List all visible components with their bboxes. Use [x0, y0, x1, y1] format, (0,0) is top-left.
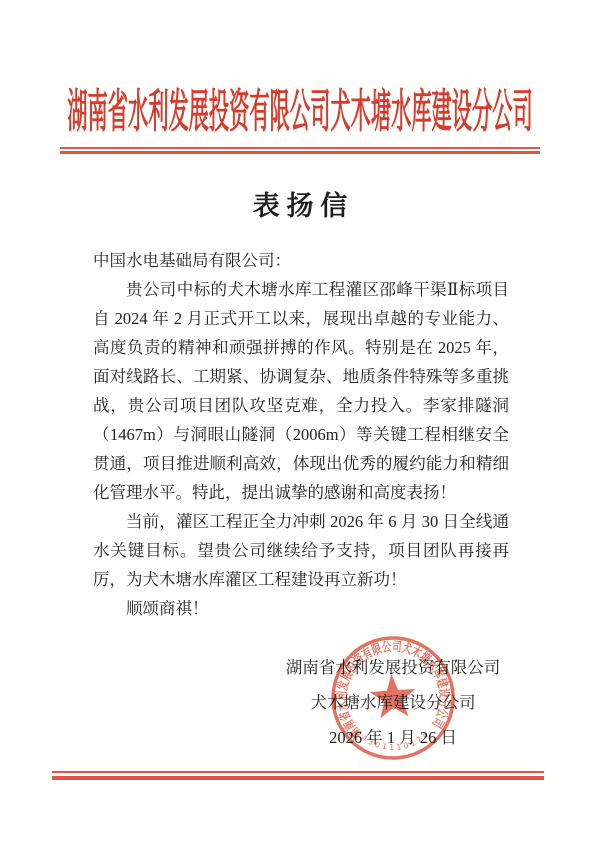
closing-phrase: 顺颂商祺！: [93, 594, 509, 623]
letterhead-title: 湖南省水利发展投资有限公司犬木塘水库建设分公司: [67, 86, 533, 138]
document-title: 表 扬 信: [0, 189, 600, 223]
signature-date: 2026 年 1 月 26 日: [193, 720, 593, 755]
letterhead-divider-thin-line: [60, 147, 540, 149]
signature-company-line1: 湖南省水利发展投资有限公司: [193, 650, 593, 685]
footer-divider-thick-line: [52, 776, 544, 780]
paragraph-2: 当前，灌区工程正全力冲刺 2026 年 6 月 30 日全线通水关键目标。望贵公…: [93, 507, 509, 594]
letter-body: 中国水电基础局有限公司： 贵公司中标的犬木塘水库工程灌区邵峰干渠Ⅱ标项目自 20…: [93, 246, 509, 623]
signature-company-line2: 犬木塘水库建设分公司: [193, 685, 593, 720]
salutation: 中国水电基础局有限公司：: [93, 246, 509, 275]
footer-divider: [52, 771, 544, 780]
letterhead-divider-thick-line: [60, 151, 540, 154]
footer-divider-thin-line: [52, 771, 544, 773]
signature-block: 湖南省水利发展投资有限公司 犬木塘水库建设分公司 2026 年 1 月 26 日: [193, 650, 593, 755]
letter-page: 湖南省水利发展投资有限公司犬木塘水库建设分公司 表 扬 信 中国水电基础局有限公…: [0, 0, 600, 848]
paragraph-1: 贵公司中标的犬木塘水库工程灌区邵峰干渠Ⅱ标项目自 2024 年 2 月正式开工以…: [93, 275, 509, 507]
letterhead: 湖南省水利发展投资有限公司犬木塘水库建设分公司: [0, 86, 600, 138]
letterhead-divider: [60, 147, 540, 154]
